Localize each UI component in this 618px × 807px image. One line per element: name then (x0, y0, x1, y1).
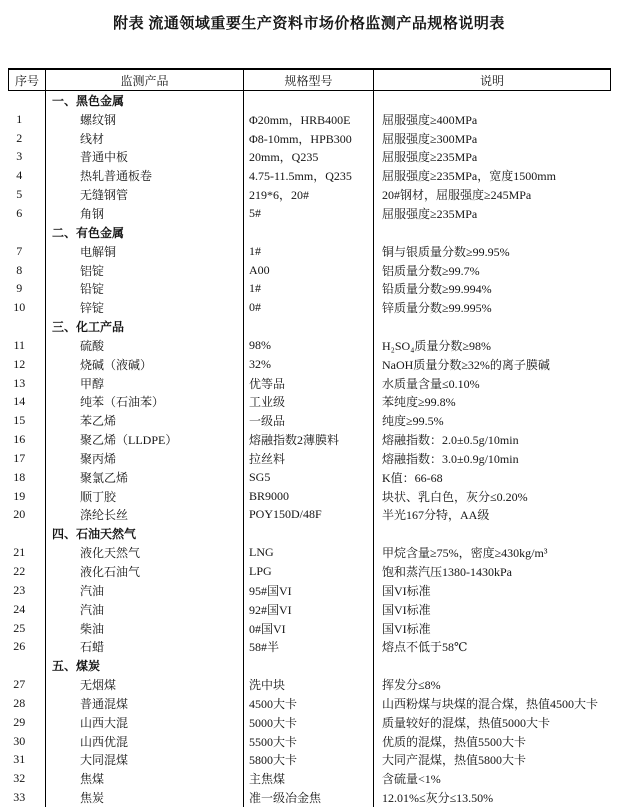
row-number: 3 (9, 148, 46, 167)
description: 块状、乳白色，灰分≤0.20% (374, 487, 611, 506)
description: 优质的混煤，热值5500大卡 (374, 732, 611, 751)
description: 熔点不低于58℃ (374, 637, 611, 656)
table-row: 30山西优混5500大卡优质的混煤，热值5500大卡 (9, 732, 611, 751)
row-number: 10 (9, 298, 46, 317)
product-name: 柴油 (46, 619, 244, 638)
spec-value: A00 (244, 261, 374, 280)
product-name: 普通中板 (46, 148, 244, 167)
row-number: 12 (9, 355, 46, 374)
document-page: 附表 流通领域重要生产资料市场价格监测产品规格说明表 序号 监测产品 规格型号 … (0, 0, 618, 807)
table-row: 23汽油95#国VI国VI标准 (9, 581, 611, 600)
row-number: 19 (9, 487, 46, 506)
spec-value: 准一级冶金焦 (244, 788, 374, 807)
table-row: 6角钢5#屈服强度≥235MPa (9, 204, 611, 223)
description: 熔融指数：3.0±0.9g/10min (374, 449, 611, 468)
spec-value: 98% (244, 336, 374, 355)
product-name: 汽油 (46, 600, 244, 619)
header-col-desc: 说明 (374, 69, 611, 91)
description (374, 223, 611, 242)
product-name: 大同混煤 (46, 751, 244, 770)
description: 20#钢材，屈服强度≥245MPa (374, 185, 611, 204)
spec-value: LNG (244, 543, 374, 562)
product-name: 烧碱（液碱） (46, 355, 244, 374)
table-row: 25柴油0#国VI国VI标准 (9, 619, 611, 638)
description: 铝质量分数≥99.7% (374, 261, 611, 280)
row-number: 33 (9, 788, 46, 807)
product-name: 硫酸 (46, 336, 244, 355)
spec-value: 95#国VI (244, 581, 374, 600)
section-label: 三、化工产品 (46, 317, 244, 336)
description: 含硫量<1% (374, 769, 611, 788)
spec-value: 5# (244, 204, 374, 223)
table-row: 21液化天然气LNG甲烷含量≥75%，密度≥430kg/m³ (9, 543, 611, 562)
header-col-product: 监测产品 (46, 69, 244, 91)
header-row: 序号 监测产品 规格型号 说明 (9, 69, 611, 91)
spec-value (244, 317, 374, 336)
product-name: 铝锭 (46, 261, 244, 280)
table-row: 1螺纹钢Φ20mm，HRB400E屈服强度≥400MPa (9, 110, 611, 129)
spec-value: 拉丝料 (244, 449, 374, 468)
spec-value: 优等品 (244, 374, 374, 393)
table-row: 18聚氯乙烯SG5K值：66-68 (9, 468, 611, 487)
product-name: 聚丙烯 (46, 449, 244, 468)
description: 屈服强度≥400MPa (374, 110, 611, 129)
description: 屈服强度≥235MPa (374, 148, 611, 167)
table-row: 26石蜡58#半熔点不低于58℃ (9, 637, 611, 656)
product-name: 石蜡 (46, 637, 244, 656)
description: 饱和蒸汽压1380-1430kPa (374, 562, 611, 581)
product-name: 焦煤 (46, 769, 244, 788)
description: 半光167分特，AA级 (374, 506, 611, 525)
table-body: 一、黑色金属1螺纹钢Φ20mm，HRB400E屈服强度≥400MPa2线材Φ8-… (9, 91, 611, 807)
description: K值：66-68 (374, 468, 611, 487)
table-row: 11硫酸98%H₂SO₄质量分数≥98% (9, 336, 611, 355)
product-name: 无缝钢管 (46, 185, 244, 204)
description: 屈服强度≥235MPa (374, 204, 611, 223)
section-label: 四、石油天然气 (46, 524, 244, 543)
product-name: 液化天然气 (46, 543, 244, 562)
product-name: 角钢 (46, 204, 244, 223)
table-row: 3普通中板20mm，Q235屈服强度≥235MPa (9, 148, 611, 167)
section-label: 一、黑色金属 (46, 91, 244, 110)
row-number: 29 (9, 713, 46, 732)
spec-value: 219*6，20# (244, 185, 374, 204)
product-name: 甲醇 (46, 374, 244, 393)
table-row: 28普通混煤4500大卡山西粉煤与块煤的混合煤，热值4500大卡 (9, 694, 611, 713)
table-row: 2线材Φ8-10mm，HPB300屈服强度≥300MPa (9, 129, 611, 148)
product-name: 线材 (46, 129, 244, 148)
description: 挥发分≤8% (374, 675, 611, 694)
row-number: 11 (9, 336, 46, 355)
table-row: 12烧碱（液碱）32%NaOH质量分数≥32%的离子膜碱 (9, 355, 611, 374)
description: 纯度≥99.5% (374, 411, 611, 430)
spec-value: 洗中块 (244, 675, 374, 694)
table-row: 20涤纶长丝POY150D/48F半光167分特，AA级 (9, 506, 611, 525)
product-name: 铅锭 (46, 279, 244, 298)
section-row: 四、石油天然气 (9, 524, 611, 543)
row-number: 15 (9, 411, 46, 430)
spec-value (244, 91, 374, 110)
spec-value: 1# (244, 279, 374, 298)
description (374, 656, 611, 675)
header-col-no: 序号 (9, 69, 46, 91)
spec-value: 4.75-11.5mm，Q235 (244, 166, 374, 185)
spec-value: 0#国VI (244, 619, 374, 638)
table-row: 14纯苯（石油苯）工业级苯纯度≥99.8% (9, 393, 611, 412)
row-number (9, 656, 46, 675)
table-row: 13甲醇优等品水质量含量≤0.10% (9, 374, 611, 393)
description: 质量较好的混煤，热值5000大卡 (374, 713, 611, 732)
description: 水质量含量≤0.10% (374, 374, 611, 393)
description (374, 524, 611, 543)
section-label: 五、煤炭 (46, 656, 244, 675)
spec-value: Φ8-10mm，HPB300 (244, 129, 374, 148)
spec-value (244, 656, 374, 675)
product-name: 无烟煤 (46, 675, 244, 694)
description: NaOH质量分数≥32%的离子膜碱 (374, 355, 611, 374)
header-col-spec: 规格型号 (244, 69, 374, 91)
product-name: 螺纹钢 (46, 110, 244, 129)
table-row: 32焦煤主焦煤含硫量<1% (9, 769, 611, 788)
product-name: 热轧普通板卷 (46, 166, 244, 185)
row-number: 24 (9, 600, 46, 619)
spec-table: 序号 监测产品 规格型号 说明 一、黑色金属1螺纹钢Φ20mm，HRB400E屈… (8, 68, 611, 807)
description: 锌质量分数≥99.995% (374, 298, 611, 317)
row-number (9, 223, 46, 242)
description (374, 317, 611, 336)
spec-value: 1# (244, 242, 374, 261)
spec-value: 5800大卡 (244, 751, 374, 770)
section-row: 三、化工产品 (9, 317, 611, 336)
spec-value: 32% (244, 355, 374, 374)
table-row: 10锌锭0#锌质量分数≥99.995% (9, 298, 611, 317)
spec-value: Φ20mm，HRB400E (244, 110, 374, 129)
table-row: 16聚乙烯（LLDPE）熔融指数2薄膜料熔融指数：2.0±0.5g/10min (9, 430, 611, 449)
row-number (9, 91, 46, 110)
table-header: 序号 监测产品 规格型号 说明 (9, 69, 611, 91)
row-number: 17 (9, 449, 46, 468)
product-name: 汽油 (46, 581, 244, 600)
description: 国VI标准 (374, 600, 611, 619)
row-number: 30 (9, 732, 46, 751)
table-row: 33焦炭准一级冶金焦12.01%≤灰分≤13.50% (9, 788, 611, 807)
spec-value (244, 223, 374, 242)
description: H₂SO₄质量分数≥98% (374, 336, 611, 355)
table-row: 8铝锭A00铝质量分数≥99.7% (9, 261, 611, 280)
product-name: 电解铜 (46, 242, 244, 261)
product-name: 普通混煤 (46, 694, 244, 713)
row-number: 22 (9, 562, 46, 581)
spec-value: 主焦煤 (244, 769, 374, 788)
description: 屈服强度≥235MPa，宽度1500mm (374, 166, 611, 185)
row-number: 8 (9, 261, 46, 280)
row-number: 4 (9, 166, 46, 185)
product-name: 山西大混 (46, 713, 244, 732)
description: 屈服强度≥300MPa (374, 129, 611, 148)
spec-value: 58#半 (244, 637, 374, 656)
table-row: 7电解铜1#铜与银质量分数≥99.95% (9, 242, 611, 261)
table-row: 4热轧普通板卷4.75-11.5mm，Q235屈服强度≥235MPa，宽度150… (9, 166, 611, 185)
row-number (9, 524, 46, 543)
spec-value: 0# (244, 298, 374, 317)
row-number: 16 (9, 430, 46, 449)
product-name: 山西优混 (46, 732, 244, 751)
description (374, 91, 611, 110)
row-number: 31 (9, 751, 46, 770)
spec-value: 92#国VI (244, 600, 374, 619)
description: 山西粉煤与块煤的混合煤，热值4500大卡 (374, 694, 611, 713)
spec-value: 熔融指数2薄膜料 (244, 430, 374, 449)
table-row: 29山西大混5000大卡质量较好的混煤，热值5000大卡 (9, 713, 611, 732)
section-label: 二、有色金属 (46, 223, 244, 242)
row-number: 27 (9, 675, 46, 694)
row-number: 5 (9, 185, 46, 204)
spec-value: LPG (244, 562, 374, 581)
table-row: 27无烟煤洗中块挥发分≤8% (9, 675, 611, 694)
section-row: 一、黑色金属 (9, 91, 611, 110)
row-number: 6 (9, 204, 46, 223)
row-number: 32 (9, 769, 46, 788)
description: 熔融指数：2.0±0.5g/10min (374, 430, 611, 449)
row-number: 20 (9, 506, 46, 525)
row-number: 28 (9, 694, 46, 713)
spec-value: SG5 (244, 468, 374, 487)
product-name: 聚乙烯（LLDPE） (46, 430, 244, 449)
description: 国VI标准 (374, 619, 611, 638)
row-number: 7 (9, 242, 46, 261)
row-number: 23 (9, 581, 46, 600)
product-name: 液化石油气 (46, 562, 244, 581)
spec-value: 5000大卡 (244, 713, 374, 732)
description: 12.01%≤灰分≤13.50% (374, 788, 611, 807)
row-number (9, 317, 46, 336)
product-name: 锌锭 (46, 298, 244, 317)
spec-value: POY150D/48F (244, 506, 374, 525)
spec-value: 5500大卡 (244, 732, 374, 751)
product-name: 涤纶长丝 (46, 506, 244, 525)
spec-value: 20mm，Q235 (244, 148, 374, 167)
section-row: 五、煤炭 (9, 656, 611, 675)
row-number: 2 (9, 129, 46, 148)
description: 甲烷含量≥75%，密度≥430kg/m³ (374, 543, 611, 562)
spec-value: BR9000 (244, 487, 374, 506)
description: 苯纯度≥99.8% (374, 393, 611, 412)
table-row: 31大同混煤5800大卡大同产混煤，热值5800大卡 (9, 751, 611, 770)
section-row: 二、有色金属 (9, 223, 611, 242)
description: 铅质量分数≥99.994% (374, 279, 611, 298)
row-number: 14 (9, 393, 46, 412)
table-row: 5无缝钢管219*6，20#20#钢材，屈服强度≥245MPa (9, 185, 611, 204)
row-number: 1 (9, 110, 46, 129)
row-number: 13 (9, 374, 46, 393)
table-row: 22液化石油气LPG饱和蒸汽压1380-1430kPa (9, 562, 611, 581)
table-row: 17聚丙烯拉丝料熔融指数：3.0±0.9g/10min (9, 449, 611, 468)
row-number: 26 (9, 637, 46, 656)
description: 国VI标准 (374, 581, 611, 600)
table-row: 15苯乙烯一级品纯度≥99.5% (9, 411, 611, 430)
description: 铜与银质量分数≥99.95% (374, 242, 611, 261)
spec-value: 工业级 (244, 393, 374, 412)
product-name: 聚氯乙烯 (46, 468, 244, 487)
spec-value: 4500大卡 (244, 694, 374, 713)
description: 大同产混煤，热值5800大卡 (374, 751, 611, 770)
table-row: 9铅锭1#铅质量分数≥99.994% (9, 279, 611, 298)
row-number: 9 (9, 279, 46, 298)
spec-value: 一级品 (244, 411, 374, 430)
product-name: 纯苯（石油苯） (46, 393, 244, 412)
row-number: 21 (9, 543, 46, 562)
row-number: 25 (9, 619, 46, 638)
product-name: 焦炭 (46, 788, 244, 807)
product-name: 顺丁胶 (46, 487, 244, 506)
table-row: 19顺丁胶BR9000块状、乳白色，灰分≤0.20% (9, 487, 611, 506)
row-number: 18 (9, 468, 46, 487)
table-row: 24汽油92#国VI国VI标准 (9, 600, 611, 619)
product-name: 苯乙烯 (46, 411, 244, 430)
spec-value (244, 524, 374, 543)
page-title: 附表 流通领域重要生产资料市场价格监测产品规格说明表 (0, 12, 618, 33)
